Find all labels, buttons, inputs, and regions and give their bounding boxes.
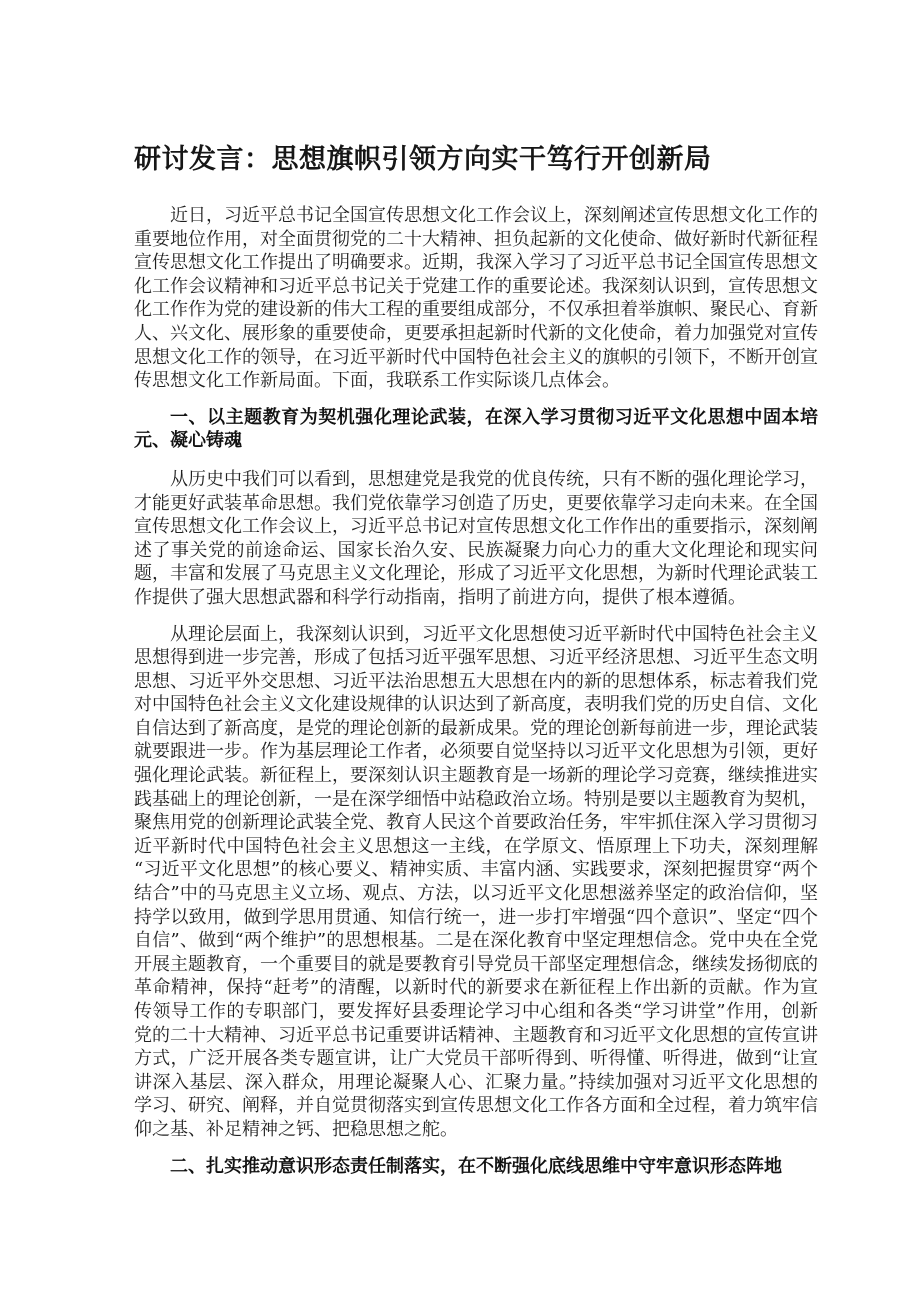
document-title: 研讨发言：思想旗帜引领方向实干笃行开创新局 — [134, 140, 818, 179]
paragraph-theory-level: 从理论层面上，我深刻认识到，习近平文化思想使习近平新时代中国特色社会主义思想得到… — [134, 623, 818, 1142]
section-heading-2: 二、扎实推动意识形态责任制落实，在不断强化底线思维中守牢意识形态阵地 — [134, 1155, 818, 1179]
paragraph-intro: 近日，习近平总书记全国宣传思想文化工作会议上，深刻阐述宣传思想文化工作的重要地位… — [134, 204, 818, 393]
document-page: 研讨发言：思想旗帜引领方向实干笃行开创新局 近日，习近平总书记全国宣传思想文化工… — [0, 0, 920, 1301]
section-heading-1: 一、以主题教育为契机强化理论武装，在深入学习贯彻习近平文化思想中固本培元、凝心铸… — [134, 406, 818, 453]
paragraph-history-learning: 从历史中我们可以看到，思想建党是我党的优良传统，只有不断的强化理论学习，才能更好… — [134, 468, 818, 610]
